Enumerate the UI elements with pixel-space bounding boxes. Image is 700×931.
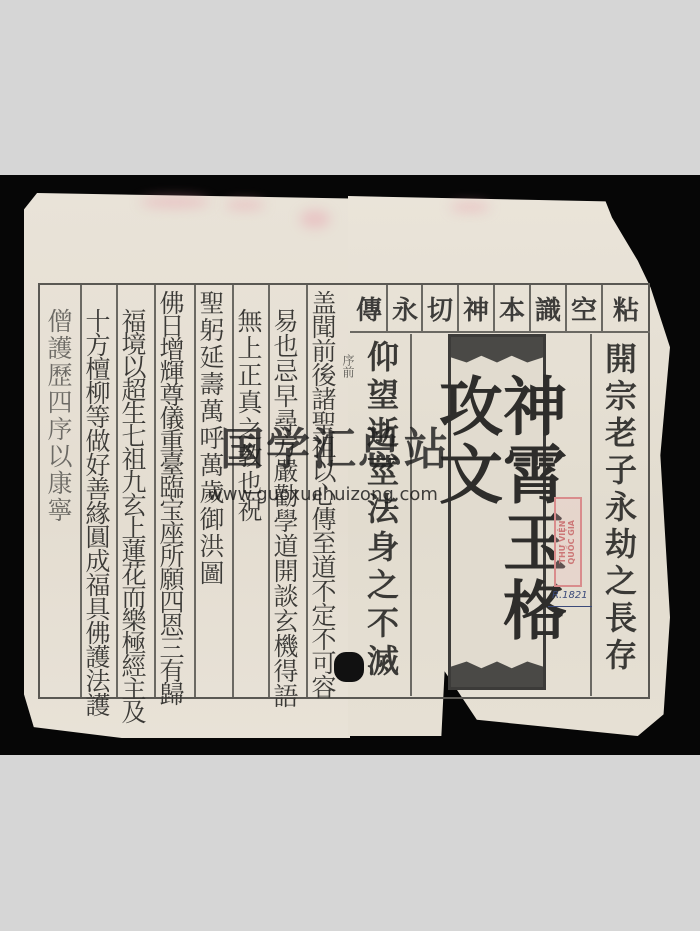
opening-column: 開宗老子永劫之長存	[603, 342, 635, 675]
text-column: 僧護歷四序以康寧	[46, 308, 71, 524]
rule	[410, 334, 412, 696]
book-title: 神霄玉格攻文	[433, 373, 561, 687]
header-divider	[350, 331, 650, 333]
shelf-mark: R.1821	[552, 590, 588, 601]
ink-blot	[334, 652, 364, 682]
text-column: 佛日增輝尊儀重臺臨宝座所願四恩三有歸	[158, 290, 183, 704]
header-char: 粘	[609, 287, 643, 329]
rule	[590, 334, 592, 696]
title-cartouche: 神霄玉格攻文	[448, 334, 546, 690]
margin-note: 序前	[340, 354, 357, 378]
header-char: 識	[531, 287, 565, 329]
watermark-url: www.guoxuehuizong.com	[208, 484, 438, 505]
stain	[225, 200, 265, 210]
stamp-line: QUỐC GIA	[567, 520, 576, 565]
header-char: 本	[495, 287, 529, 329]
header-char: 空	[567, 287, 601, 329]
rule	[601, 285, 603, 331]
watermark-logo: 国学汇总站	[220, 413, 450, 477]
shelf-mark-scribble	[548, 606, 592, 612]
header-char: 傳	[352, 287, 386, 329]
stain	[300, 210, 330, 228]
text-column: 十方檀柳等做好善緣圓成福具佛護法護	[84, 308, 109, 716]
header-char: 神	[459, 287, 493, 329]
stain	[450, 202, 490, 212]
stain	[140, 196, 210, 208]
header-char: 切	[423, 287, 457, 329]
header-char: 永	[388, 287, 422, 329]
text-column: 福境以超生七祖九玄上蓮花而樂極經主及	[120, 308, 145, 722]
cartouche-top-ornament	[451, 337, 543, 371]
library-stamp: THƯ VIỆNQUỐC GIA	[554, 497, 582, 587]
invocation-column: 仰望逝莖法身之不滅	[365, 340, 397, 682]
text-column: 易也忌早尋方嚴勸學道開談玄機得語	[272, 308, 297, 708]
